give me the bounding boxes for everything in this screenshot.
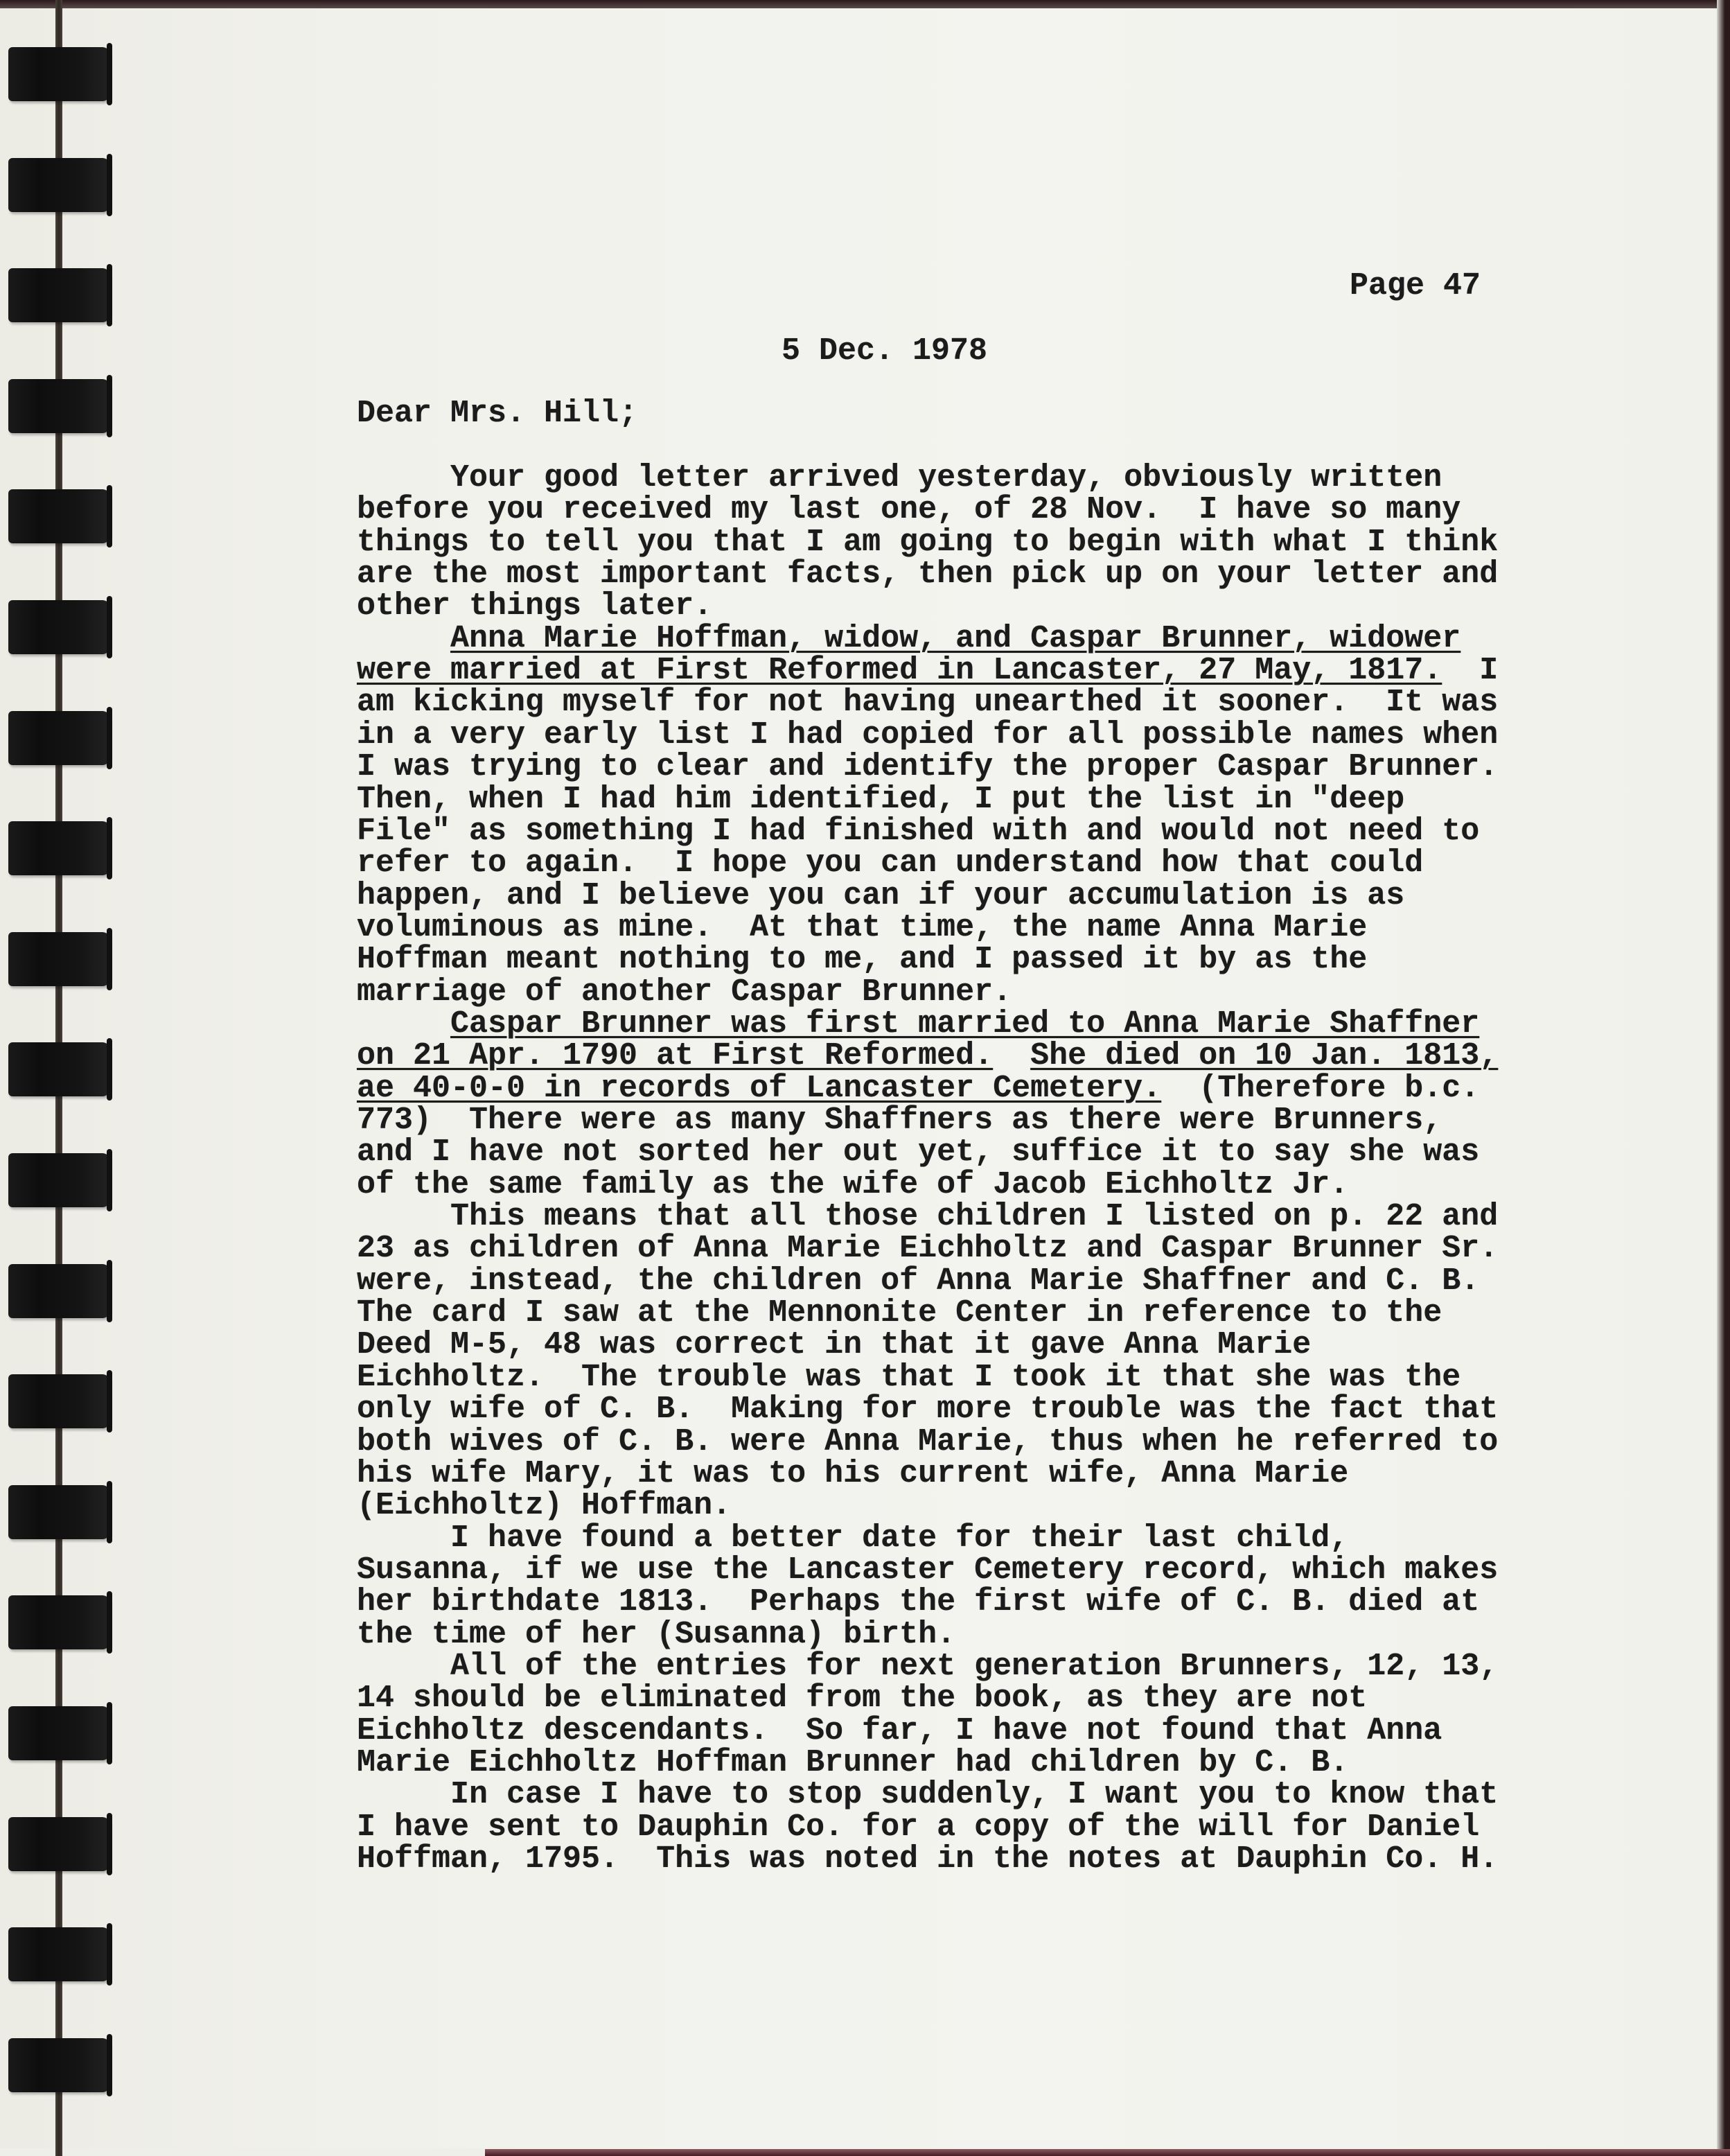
text-line: The card I saw at the Mennonite Center i… — [357, 1297, 1442, 1329]
text-segment: (Therefore b.c. — [1161, 1071, 1479, 1106]
text-line: on 21 Apr. 1790 at First Reformed. She d… — [357, 1040, 1498, 1072]
text-segment: happen, and I believe you can if your ac… — [357, 878, 1404, 913]
underlined-text: ae 40-0-0 in records of Lancaster Cemete… — [357, 1071, 1161, 1106]
text-line: Hoffman, 1795. This was noted in the not… — [357, 1843, 1498, 1875]
text-segment: Then, when I had him identified, I put t… — [357, 782, 1404, 817]
text-line: File" as something I had finished with a… — [357, 816, 1479, 848]
text-segment — [357, 1006, 450, 1042]
text-line: 14 should be eliminated from the book, a… — [357, 1683, 1367, 1715]
text-line: 773) There were as many Shaffners as the… — [357, 1105, 1442, 1137]
text-line: only wife of C. B. Making for more troub… — [357, 1394, 1498, 1426]
text-segment: are the most important facts, then pick … — [357, 556, 1498, 592]
text-line: and I have not sorted her out yet, suffi… — [357, 1137, 1479, 1168]
text-line: other things later. — [357, 590, 712, 622]
text-segment: her birthdate 1813. Perhaps the first wi… — [357, 1584, 1479, 1620]
text-segment: voluminous as mine. At that time, the na… — [357, 910, 1367, 945]
text-segment: Hoffman, 1795. This was noted in the not… — [357, 1841, 1498, 1877]
text-line: Deed M-5, 48 was correct in that it gave… — [357, 1329, 1311, 1361]
text-segment: Your good letter arrived yesterday, obvi… — [357, 460, 1442, 496]
text-line: are the most important facts, then pick … — [357, 559, 1498, 590]
text-segment: I — [1442, 653, 1498, 688]
text-line: I have sent to Dauphin Co. for a copy of… — [357, 1812, 1479, 1843]
letter-body: Page 47 5 Dec. 1978 Dear Mrs. Hill; Your… — [0, 0, 1730, 2156]
page-number: Page 47 — [1350, 270, 1481, 302]
text-line: the time of her (Susanna) birth. — [357, 1619, 955, 1651]
text-line: refer to again. I hope you can understan… — [357, 848, 1423, 879]
text-line: In case I have to stop suddenly, I want … — [357, 1779, 1498, 1811]
text-line: All of the entries for next generation B… — [357, 1651, 1498, 1683]
letter-date: 5 Dec. 1978 — [782, 335, 987, 367]
text-line: marriage of another Caspar Brunner. — [357, 976, 1012, 1008]
text-segment: and I have not sorted her out yet, suffi… — [357, 1134, 1479, 1170]
underlined-text: She died on 10 Jan. 1813, — [1030, 1038, 1498, 1073]
salutation: Dear Mrs. Hill; — [357, 398, 637, 430]
text-line: happen, and I believe you can if your ac… — [357, 880, 1404, 912]
text-segment: 14 should be eliminated from the book, a… — [357, 1681, 1367, 1716]
text-segment: refer to again. I hope you can understan… — [357, 845, 1423, 881]
text-segment — [357, 621, 450, 656]
text-segment: other things later. — [357, 588, 712, 624]
text-segment: (Eichholtz) Hoffman. — [357, 1488, 731, 1523]
text-line: were, instead, the children of Anna Mari… — [357, 1265, 1479, 1297]
text-line: of the same family as the wife of Jacob … — [357, 1169, 1348, 1201]
text-line: in a very early list I had copied for al… — [357, 719, 1498, 751]
text-segment: Deed M-5, 48 was correct in that it gave… — [357, 1327, 1311, 1362]
text-segment: I have found a better date for their las… — [357, 1520, 1348, 1556]
text-segment: I have sent to Dauphin Co. for a copy of… — [357, 1809, 1479, 1845]
text-segment: I was trying to clear and identify the p… — [357, 749, 1498, 785]
text-segment: his wife Mary, it was to his current wif… — [357, 1456, 1348, 1491]
text-line: things to tell you that I am going to be… — [357, 527, 1498, 559]
text-segment: This means that all those children I lis… — [357, 1199, 1498, 1234]
text-line: both wives of C. B. were Anna Marie, thu… — [357, 1426, 1498, 1458]
text-line: Then, when I had him identified, I put t… — [357, 784, 1404, 816]
text-segment: In case I have to stop suddenly, I want … — [357, 1777, 1498, 1812]
text-line: before you received my last one, of 28 N… — [357, 494, 1460, 526]
text-segment: am kicking myself for not having unearth… — [357, 685, 1498, 720]
text-line: Marie Eichholtz Hoffman Brunner had chil… — [357, 1747, 1348, 1779]
text-segment: File" as something I had finished with a… — [357, 814, 1479, 849]
text-line: Your good letter arrived yesterday, obvi… — [357, 462, 1442, 494]
text-line: am kicking myself for not having unearth… — [357, 687, 1498, 719]
text-segment: before you received my last one, of 28 N… — [357, 492, 1460, 527]
text-segment: both wives of C. B. were Anna Marie, thu… — [357, 1424, 1498, 1460]
text-segment — [993, 1038, 1030, 1073]
text-line: Eichholtz. The trouble was that I took i… — [357, 1362, 1460, 1394]
text-line: This means that all those children I lis… — [357, 1201, 1498, 1233]
text-line: 23 as children of Anna Marie Eichholtz a… — [357, 1233, 1498, 1265]
text-segment: of the same family as the wife of Jacob … — [357, 1167, 1348, 1202]
underlined-text: Anna Marie Hoffman, widow, and Caspar Br… — [450, 621, 1460, 656]
text-segment: Susanna, if we use the Lancaster Cemeter… — [357, 1552, 1498, 1588]
text-line: his wife Mary, it was to his current wif… — [357, 1458, 1348, 1490]
text-segment: Eichholtz descendants. So far, I have no… — [357, 1713, 1442, 1749]
text-line: voluminous as mine. At that time, the na… — [357, 912, 1367, 944]
text-segment: marriage of another Caspar Brunner. — [357, 974, 1012, 1010]
underlined-text: were married at First Reformed in Lancas… — [357, 653, 1442, 688]
text-line: Anna Marie Hoffman, widow, and Caspar Br… — [357, 623, 1460, 655]
underlined-text: Caspar Brunner was first married to Anna… — [450, 1006, 1479, 1042]
text-line: (Eichholtz) Hoffman. — [357, 1490, 731, 1522]
underlined-text: on 21 Apr. 1790 at First Reformed. — [357, 1038, 993, 1073]
text-segment: were, instead, the children of Anna Mari… — [357, 1263, 1479, 1299]
text-line: Susanna, if we use the Lancaster Cemeter… — [357, 1554, 1498, 1586]
text-segment: only wife of C. B. Making for more troub… — [357, 1392, 1498, 1427]
text-segment: All of the entries for next generation B… — [357, 1649, 1498, 1684]
text-line: I was trying to clear and identify the p… — [357, 751, 1498, 783]
text-line: her birthdate 1813. Perhaps the first wi… — [357, 1586, 1479, 1618]
text-line: Eichholtz descendants. So far, I have no… — [357, 1715, 1442, 1747]
text-line: were married at First Reformed in Lancas… — [357, 655, 1498, 687]
text-line: I have found a better date for their las… — [357, 1523, 1348, 1554]
text-line: Hoffman meant nothing to me, and I passe… — [357, 944, 1367, 976]
text-segment: The card I saw at the Mennonite Center i… — [357, 1295, 1442, 1331]
text-line: ae 40-0-0 in records of Lancaster Cemete… — [357, 1073, 1479, 1105]
text-segment: Marie Eichholtz Hoffman Brunner had chil… — [357, 1745, 1348, 1780]
text-segment: 773) There were as many Shaffners as the… — [357, 1103, 1442, 1138]
text-segment: 23 as children of Anna Marie Eichholtz a… — [357, 1231, 1498, 1266]
text-line: Caspar Brunner was first married to Anna… — [357, 1008, 1479, 1040]
text-segment: in a very early list I had copied for al… — [357, 717, 1498, 753]
text-segment: things to tell you that I am going to be… — [357, 525, 1498, 560]
text-segment: Hoffman meant nothing to me, and I passe… — [357, 942, 1367, 977]
text-segment: the time of her (Susanna) birth. — [357, 1617, 955, 1652]
text-segment: Eichholtz. The trouble was that I took i… — [357, 1360, 1460, 1395]
